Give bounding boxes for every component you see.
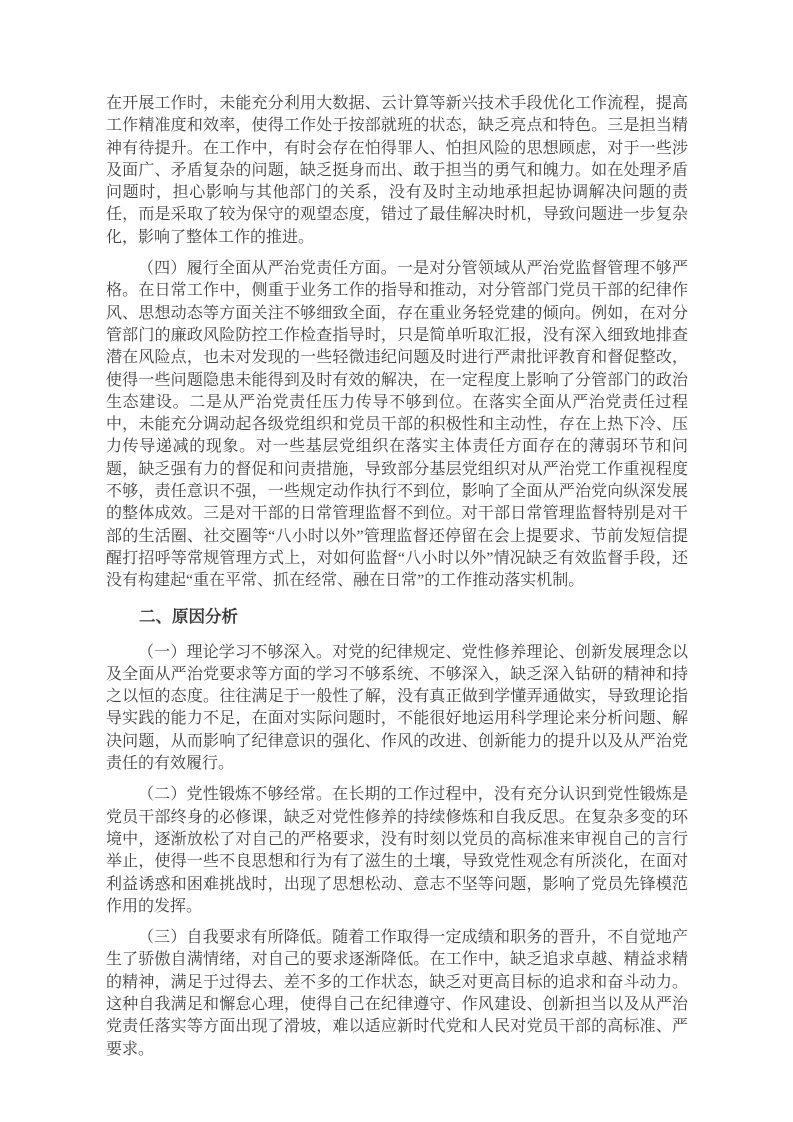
paragraph-section-four: （四）履行全面从严治党责任方面。一是对分管领域从严治党监督管理不够严格。在日常工… xyxy=(106,258,688,592)
paragraph-continuation: 在开展工作时，未能充分利用大数据、云计算等新兴技术手段优化工作流程，提高工作精准… xyxy=(106,93,688,249)
document-page: 在开展工作时，未能充分利用大数据、云计算等新兴技术手段优化工作流程，提高工作精准… xyxy=(106,93,688,1070)
section-heading-cause-analysis: 二、原因分析 xyxy=(106,606,688,628)
paragraph-cause-two: （二）党性锻炼不够经常。在长期的工作过程中，没有充分认识到党性锻炼是党员干部终身… xyxy=(106,784,688,918)
paragraph-cause-three: （三）自我要求有所降低。随着工作取得一定成绩和职务的晋升，不自觉地产生了骄傲自满… xyxy=(106,927,688,1061)
paragraph-cause-one: （一）理论学习不够深入。对党的纪律规定、党性修养理论、创新发展理念以及全面从严治… xyxy=(106,642,688,776)
